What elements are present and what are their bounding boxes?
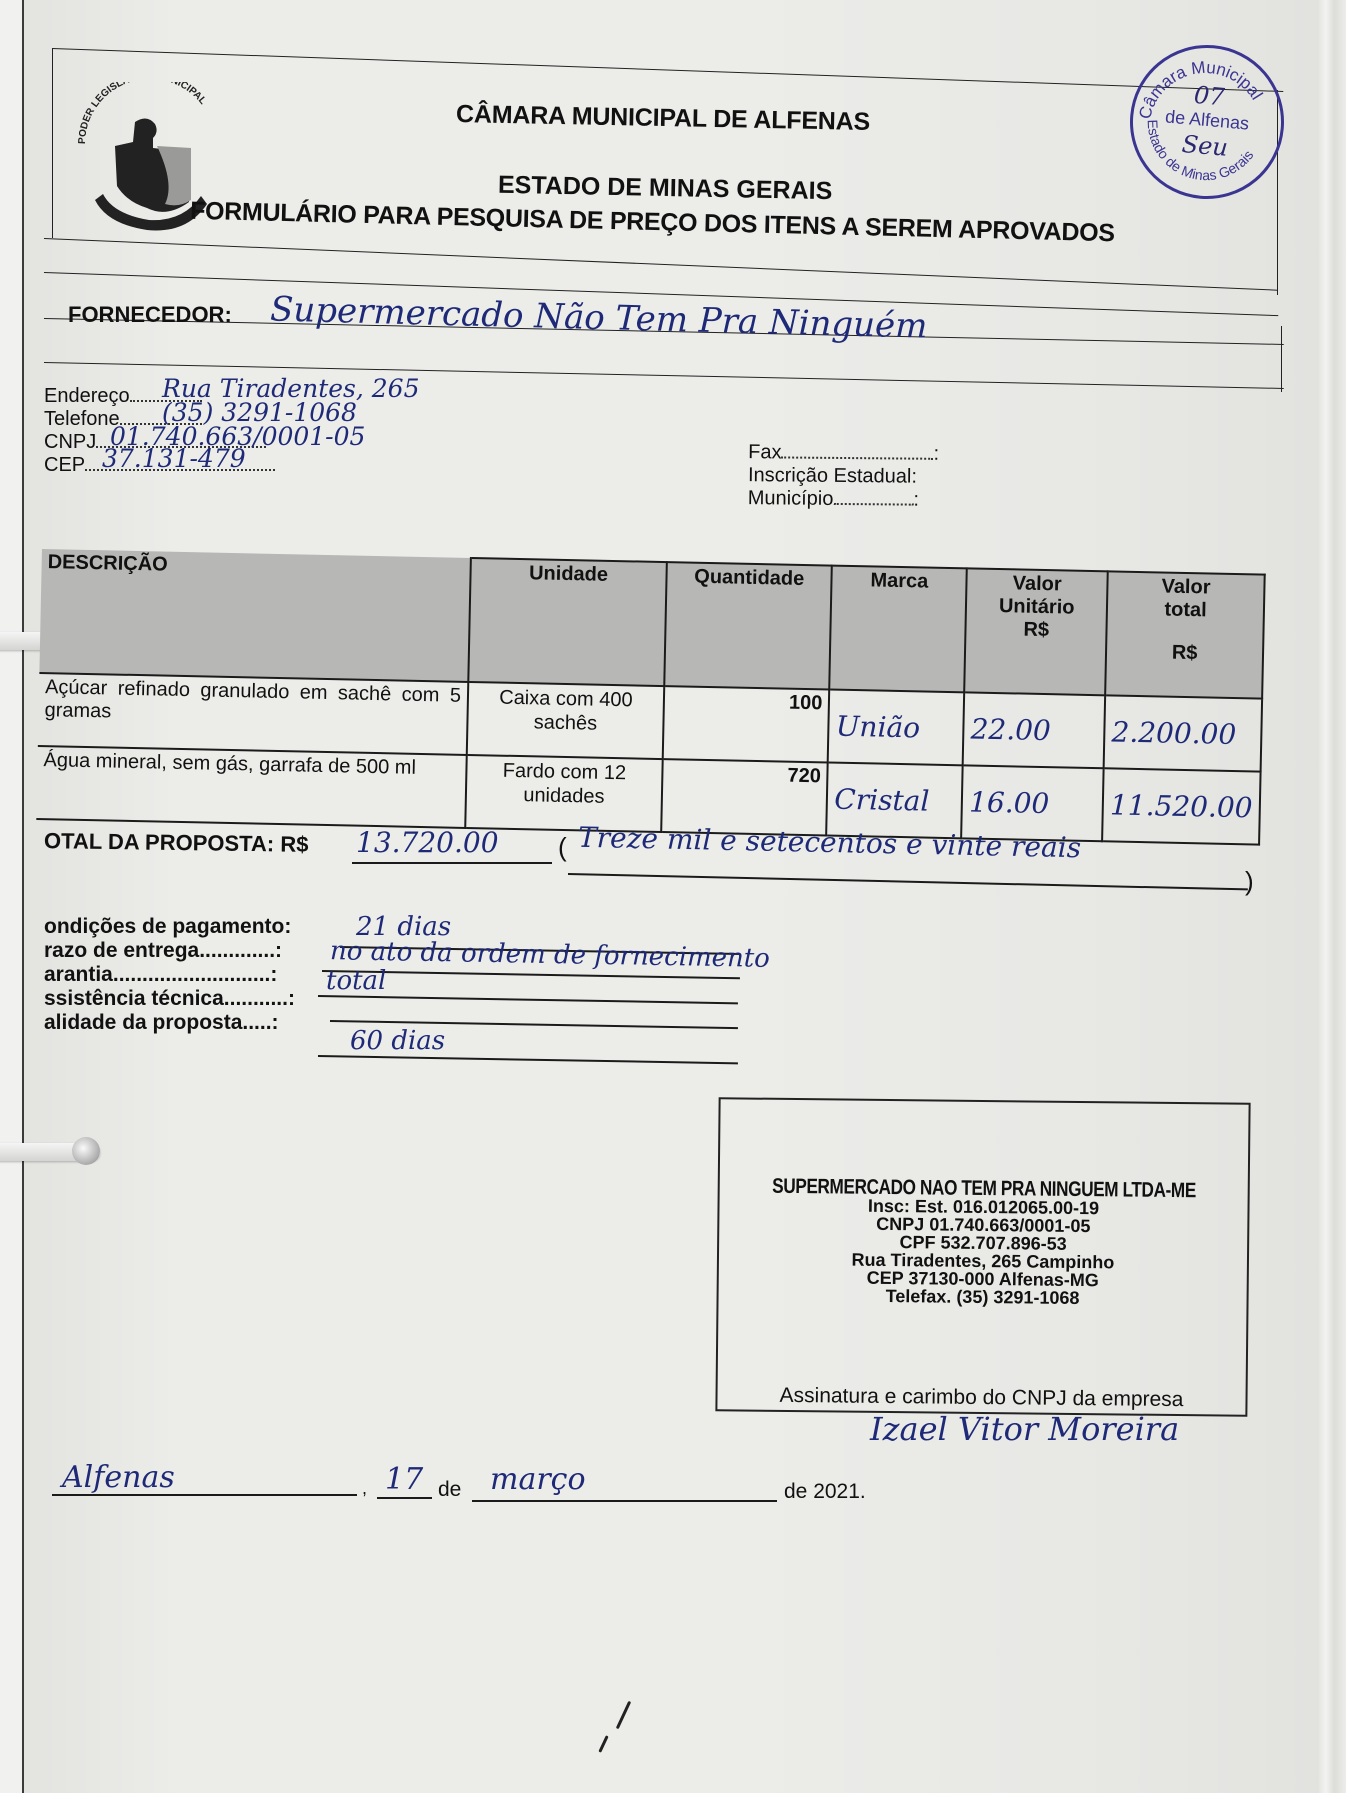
row-brand-field[interactable]: União xyxy=(828,690,964,766)
phone-label: Telefone xyxy=(44,408,120,430)
signature-caption: Assinatura e carimbo do CNPJ da empresa xyxy=(717,1383,1245,1413)
warranty-label: arantia...........................: xyxy=(44,963,295,987)
supplier-label: FORNECEDOR: xyxy=(68,302,232,328)
row-unit: Fardo com 12 unidades xyxy=(465,755,663,832)
binder-ring-bottom xyxy=(0,1143,100,1161)
total-value-underline xyxy=(352,862,552,864)
row-total-field[interactable]: 11.520.00 xyxy=(1102,768,1260,844)
cep-field[interactable]: 37.131-479 xyxy=(102,447,246,470)
year-text: de 2021. xyxy=(784,1480,866,1504)
words-open-paren: ( xyxy=(558,832,567,863)
col-brand: Marca xyxy=(830,566,967,693)
total-proposal-value-field[interactable]: 13.720.00 xyxy=(356,826,499,859)
supplier-details-right: Fax: Inscrição Estadual: Município: xyxy=(748,441,940,512)
proposal-validity-field[interactable]: 60 dias xyxy=(350,1026,445,1056)
total-proposal-label: OTAL DA PROPOSTA: R$ xyxy=(44,828,309,858)
city-field[interactable]: Alfenas xyxy=(62,1460,175,1495)
row-description: Água mineral, sem gás, garrafa de 500 ml xyxy=(36,746,466,828)
handwritten-signature[interactable]: Izael Vitor Moreira xyxy=(870,1410,1179,1448)
adjacent-page-edge xyxy=(0,0,22,1793)
document-page xyxy=(22,0,1319,1793)
col-description: DESCRIÇÃO xyxy=(39,549,470,682)
fax-row: Fax: xyxy=(748,441,939,466)
company-stamp-name: SUPERMERCADO NAO TEM PRA NINGUEM LTDA-ME xyxy=(772,1178,1196,1200)
col-unit-price: Valor Unitário R$ xyxy=(964,568,1108,695)
company-stamp: SUPERMERCADO NAO TEM PRA NINGUEM LTDA-ME… xyxy=(719,1177,1248,1309)
day-underline xyxy=(377,1497,432,1499)
col-unit: Unidade xyxy=(468,558,667,686)
row-total-field[interactable]: 2.200.00 xyxy=(1104,695,1262,771)
supplier-details-left: EndereçoRua Tiradentes, 265 Telefone(35)… xyxy=(44,385,275,477)
date-de-label: de xyxy=(438,1478,461,1502)
cnpj-label: CNPJ xyxy=(44,431,96,453)
state-registration-label: Inscrição Estadual: xyxy=(748,464,917,487)
warranty-field[interactable]: total xyxy=(326,966,386,996)
conditions-labels: ondições de pagamento: razo de entrega..… xyxy=(44,915,295,1035)
chamber-protocol-stamp: Câmara Municipal Estado de Minas Gerais … xyxy=(1124,39,1291,206)
col-quantity: Quantidade xyxy=(664,562,832,689)
row-quantity: 100 xyxy=(663,686,830,762)
row-description: Açúcar refinado granulado em sachê com 5… xyxy=(38,673,468,755)
delivery-term-label: razo de entrega.............: xyxy=(44,939,295,963)
words-close-paren: ) xyxy=(1245,866,1254,897)
address-field[interactable]: Rua Tiradentes, 265 xyxy=(162,377,419,400)
month-field[interactable]: março xyxy=(490,1462,586,1497)
state-registration-row: Inscrição Estadual: xyxy=(748,464,939,489)
address-label: Endereço xyxy=(44,385,130,407)
municipality-label: Município xyxy=(748,487,834,510)
city-underline xyxy=(52,1494,357,1496)
items-table: DESCRIÇÃO Unidade Quantidade Marca Valor… xyxy=(36,548,1265,846)
row-unit: Caixa com 400 sachês xyxy=(467,682,665,759)
technical-assistance-label: ssistência técnica...........: xyxy=(44,987,295,1011)
payment-terms-label: ondições de pagamento: xyxy=(44,915,295,939)
cep-label: CEP xyxy=(44,454,85,476)
company-signature-box: SUPERMERCADO NAO TEM PRA NINGUEM LTDA-ME… xyxy=(715,1097,1250,1417)
proposal-validity-label: alidade da proposta.....: xyxy=(44,1011,295,1035)
month-underline xyxy=(472,1500,777,1502)
header-border-left xyxy=(52,48,53,238)
supplier-box-right xyxy=(1281,326,1282,392)
col-total: Valor total R$ xyxy=(1105,571,1264,698)
phone-field[interactable]: (35) 3291-1068 xyxy=(162,401,357,424)
day-field[interactable]: 17 xyxy=(385,1462,423,1497)
date-comma: , xyxy=(362,1478,367,1499)
row-unit-price-field[interactable]: 22.00 xyxy=(963,692,1105,768)
fax-label: Fax xyxy=(748,441,782,463)
page-stack-edge xyxy=(1317,0,1346,1793)
cep-row: CEP37.131-479 xyxy=(44,454,275,477)
municipality-row: Município: xyxy=(748,487,939,512)
